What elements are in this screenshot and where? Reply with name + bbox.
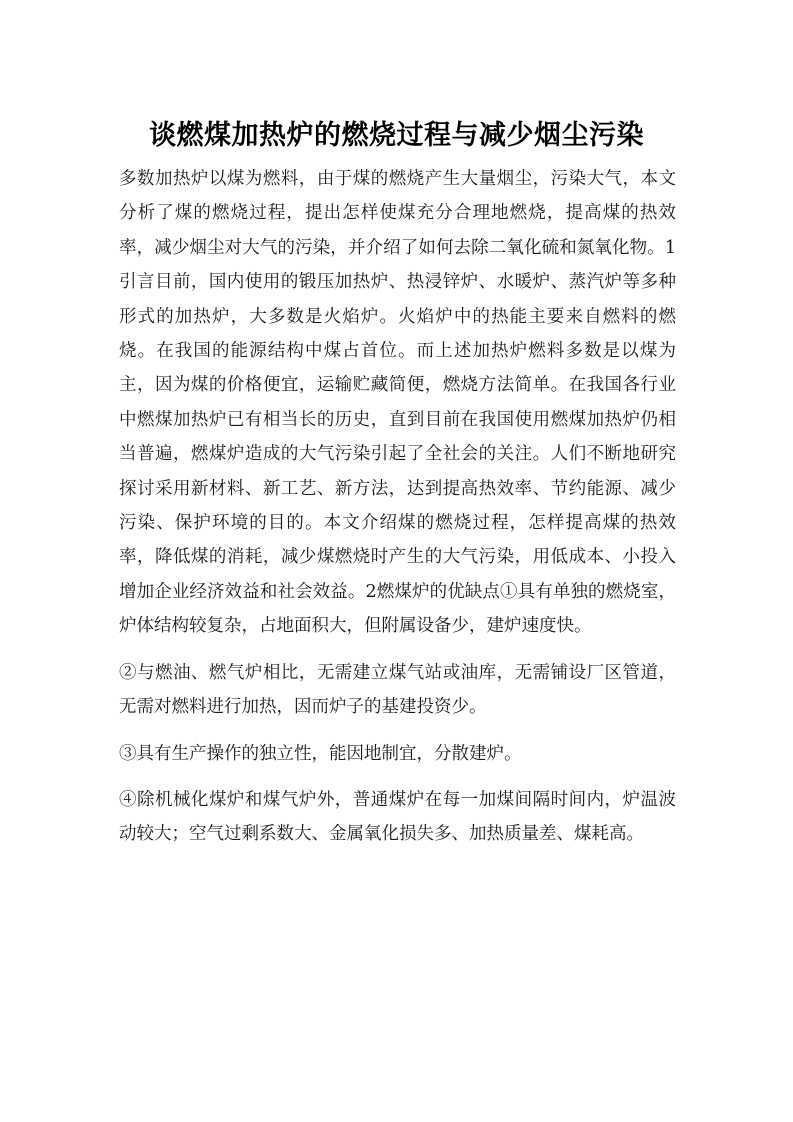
paragraph-point-4: ④除机械化煤炉和煤气炉外，普通煤炉在每一加煤间隔时间内，炉温波动较大；空气过剩系…: [119, 783, 676, 852]
document-body: 多数加热炉以煤为燃料，由于煤的燃烧产生大量烟尘，污染大气，本文分析了煤的燃烧过程…: [119, 162, 676, 852]
document-page: 谈燃煤加热炉的燃烧过程与减少烟尘污染 多数加热炉以煤为燃料，由于煤的燃烧产生大量…: [0, 0, 793, 1122]
paragraph-point-3: ③具有生产操作的独立性，能因地制宜，分散建炉。: [119, 737, 676, 771]
paragraph-intro: 多数加热炉以煤为燃料，由于煤的燃烧产生大量烟尘，污染大气，本文分析了煤的燃烧过程…: [119, 162, 676, 644]
document-title: 谈燃煤加热炉的燃烧过程与减少烟尘污染: [0, 116, 793, 156]
paragraph-point-2: ②与燃油、燃气炉相比，无需建立煤气站或油库，无需铺设厂区管道，无需对燃料进行加热…: [119, 656, 676, 725]
